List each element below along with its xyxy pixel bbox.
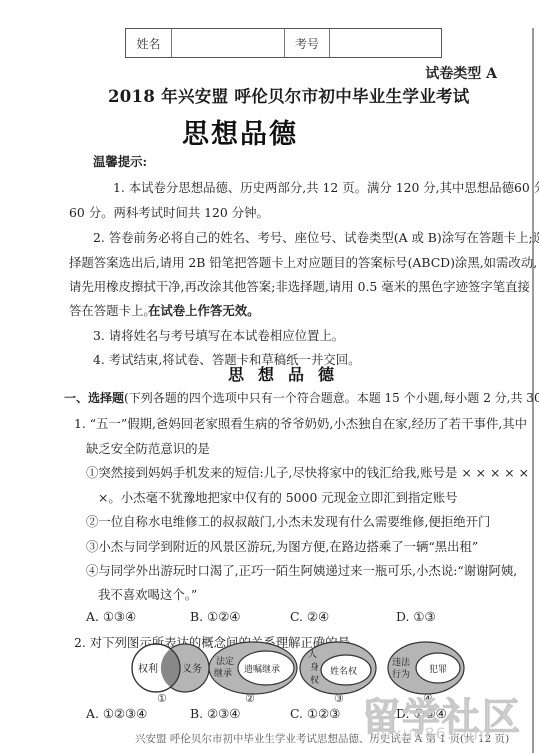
reminder-line: 1. 本试卷分思想品德、历史两部分,共 12 页。满分 120 分,其中思想品德… (113, 178, 539, 196)
q2-option-b[interactable]: B. ②③④ (190, 706, 240, 721)
exam-no-label: 考号 (285, 29, 330, 57)
reminder-line: 择题答案选出后,请用 2B 铅笔把答题卡上对应题目的答案标号(ABCD)涂黑,如… (69, 253, 537, 271)
q1-option-d[interactable]: D. ①③ (396, 609, 436, 624)
diagram-number: ③ (334, 692, 344, 705)
name-field[interactable] (172, 29, 285, 57)
reminder-line: 请先用橡皮擦拭干净,再改涂其他答案;非选择题,请用 0.5 毫米的黑色字迹签字笔… (69, 277, 530, 295)
diagram-rights-duties: 权利 义务 (118, 640, 218, 696)
q1-item: ①突然接到妈妈手机发来的短信:儿子,尽快将家中的钱汇给我,账号是 × × × ×… (86, 463, 529, 481)
exam-no-field[interactable] (330, 29, 441, 57)
part-description: (下列各题的四个选项中只有一个符合题意。本题 15 个小题,每小题 2 分,共 … (124, 391, 539, 405)
paper-type: 试卷类型 A (425, 63, 497, 83)
page-footer: 兴安盟 呼伦贝尔市初中毕业生学业考试思想品德、历史试卷 A 第 1 页(共 12… (135, 731, 509, 746)
q2-option-d[interactable]: D. ①③④ (396, 706, 447, 721)
reminder-line: 答在答题卡上。 (69, 301, 156, 319)
svg-text:行为: 行为 (392, 668, 410, 680)
section-subject-heading: 思想品德 (228, 362, 348, 385)
name-label: 姓名 (126, 29, 172, 57)
exam-title: 2018 年兴安盟 呼伦贝尔市初中毕业生学业考试 (108, 83, 470, 107)
nested-ellipse-icon: 人 身 权 姓名权 (298, 640, 378, 696)
q2-option-a[interactable]: A. ①②③④ (86, 706, 147, 721)
svg-text:继承: 继承 (214, 667, 232, 679)
svg-text:权利: 权利 (138, 662, 158, 675)
part-title: 一、选择题 (64, 391, 124, 405)
svg-text:人: 人 (308, 648, 317, 660)
subject-title: 思想品德 (182, 112, 298, 151)
svg-text:遗嘱继承: 遗嘱继承 (244, 663, 280, 675)
q1-option-b[interactable]: B. ①②④ (190, 609, 240, 624)
svg-text:犯罪: 犯罪 (429, 663, 447, 675)
diagram-number: ④ (423, 692, 433, 705)
q2-options: A. ①②③④ B. ②③④ C. ①②③ D. ①③④ (86, 706, 506, 724)
overlap-circles-icon: 权利 义务 (118, 640, 218, 696)
nested-ellipse-icon: 违法 行为 犯罪 (386, 640, 466, 696)
nested-ellipse-icon: 法定 继承 遗嘱继承 (208, 640, 298, 696)
svg-text:身: 身 (310, 661, 319, 673)
q2-option-c[interactable]: C. ①②③ (290, 706, 340, 721)
reminder-line: 2. 答卷前务必将自己的姓名、考号、座位号、试卷类型(A 或 B)涂写在答题卡上… (93, 228, 539, 246)
q1-option-c[interactable]: C. ②④ (290, 609, 329, 624)
svg-text:义务: 义务 (182, 662, 202, 675)
diagram-number: ② (245, 692, 255, 705)
svg-text:违法: 违法 (392, 656, 411, 668)
reminder-title: 温馨提示: (93, 152, 147, 170)
svg-text:法定: 法定 (216, 655, 234, 667)
diagram-illegal-acts: 违法 行为 犯罪 (386, 640, 466, 696)
reminder-line: 3. 请将姓名与考号填写在本试卷相应位置上。 (93, 326, 344, 344)
q1-item: ④与同学外出游玩时口渴了,正巧一陌生阿姨递过来一瓶可乐,小杰说:“谢谢阿姨, (86, 561, 517, 579)
q1-stem-line: 缺乏安全防范意识的是 (86, 439, 210, 457)
diagram-personal-rights: 人 身 权 姓名权 (298, 640, 378, 696)
svg-text:姓名权: 姓名权 (330, 665, 357, 677)
reminder-invalid-notice: 在试卷上作答无效。 (148, 301, 260, 319)
diagram-number: ① (157, 692, 167, 705)
q1-options: A. ①③④ B. ①②④ C. ②④ D. ①③ (86, 609, 506, 627)
svg-text:权: 权 (310, 674, 319, 686)
reminder-line: 60 分。两科考试时间共 120 分钟。 (69, 203, 269, 221)
q1-stem-line: 1. “五一”假期,爸妈回老家照看生病的爷爷奶奶,小杰独自在家,经历了若干事件,… (74, 414, 527, 432)
diagram-inheritance: 法定 继承 遗嘱继承 (208, 640, 298, 696)
name-examno-table: 姓名 考号 (125, 28, 442, 58)
part-heading: 一、选择题(下列各题的四个选项中只有一个符合题意。本题 15 个小题,每小题 2… (64, 389, 539, 406)
q1-item: ③小杰与同学到附近的风景区游玩,为图方便,在路边搭乘了一辆“黑出租” (86, 537, 478, 555)
q1-item: ②一位自称水电维修工的叔叔敲门,小杰未发现有什么需要维修,便拒绝开门 (86, 512, 490, 530)
q1-item: ×。小杰毫不犹豫地把家中仅有的 5000 元现金立即汇到指定账号 (98, 488, 458, 506)
q1-option-a[interactable]: A. ①③④ (86, 609, 136, 624)
q1-item: 我不喜欢喝这个。” (98, 585, 197, 603)
